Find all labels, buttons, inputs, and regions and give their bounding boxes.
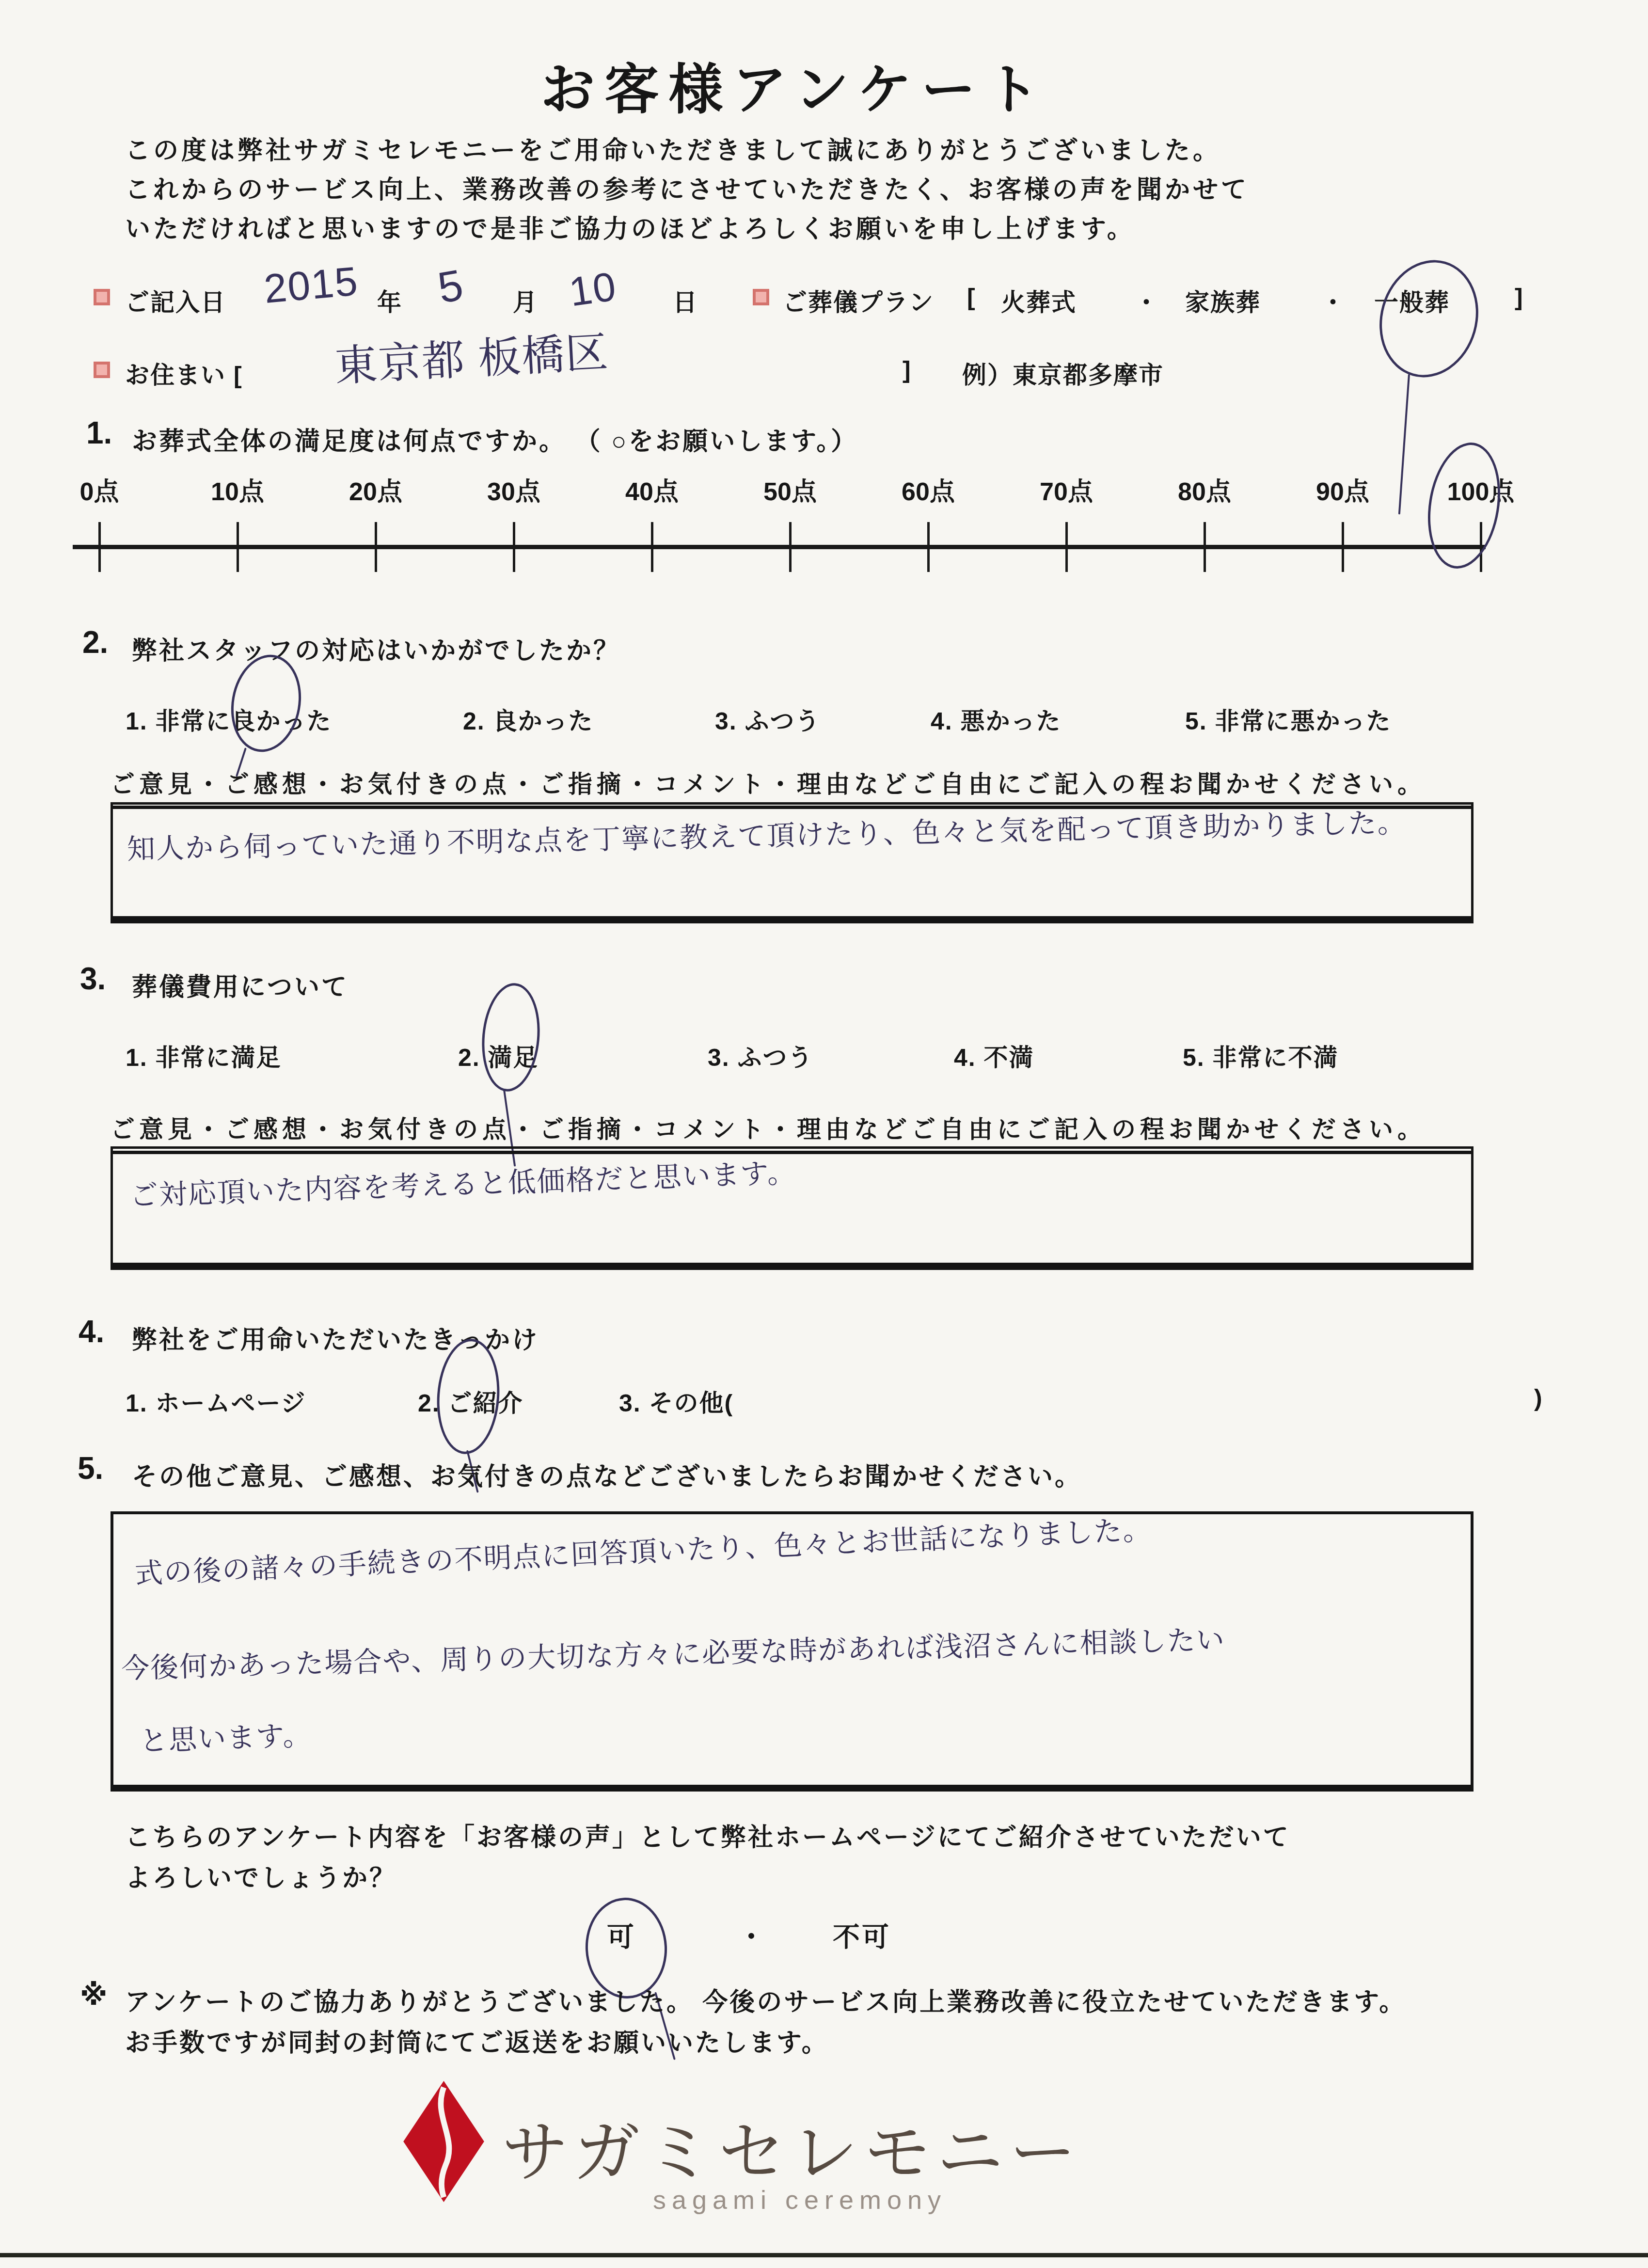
q3-option-1: 1. 非常に満足 [126, 1038, 282, 1073]
plan-option-kasoshiki: 火葬式 [1001, 283, 1077, 318]
scale-tick [1065, 522, 1068, 572]
plan-bracket-open: [ [967, 283, 976, 311]
q5-number: 5. [78, 1450, 103, 1486]
scan-edge-line [0, 2253, 1648, 2257]
q4-option-3: 3. その他( [619, 1384, 733, 1419]
scale-label-40: 40点 [589, 471, 715, 508]
q3-number: 3. [80, 961, 106, 997]
footer-reference-mark: ※ [80, 1979, 109, 2012]
q2-number: 2. [82, 624, 108, 660]
plan-field-label: ご葬儀プラン [783, 283, 934, 318]
handwritten-circle-plan-ippanso [1366, 248, 1492, 389]
logo-company-name: サガミセレモニー [502, 2099, 1082, 2195]
scale-label-70: 70点 [1003, 471, 1129, 508]
intro-line-3: いただければと思いますので是非ご協力のほどよろしくお願いを申し上げます。 [125, 208, 1135, 245]
q3-option-3: 3. ふつう [708, 1038, 813, 1073]
date-field-label: ご記入日 [125, 283, 226, 318]
satisfaction-scale-axis [73, 545, 1486, 549]
survey-scan-page: お客様アンケート この度は弊社サガミセレモニーをご用命いただきまして誠にありがと… [0, 0, 1648, 2268]
permission-separator-dot: ・ [738, 1916, 767, 1954]
q2-option-5: 5. 非常に悪かった [1185, 702, 1392, 737]
plan-option-kazokuso: 家族葬 [1185, 283, 1261, 318]
q4-close-paren: ) [1534, 1384, 1543, 1412]
scale-label-10: 10点 [174, 471, 301, 508]
month-unit-label: 月 [513, 283, 538, 318]
red-square-bullet-icon [753, 289, 769, 305]
address-bracket-close: ] [903, 356, 912, 384]
scale-label-90: 90点 [1280, 471, 1406, 508]
q2-option-4: 4. 悪かった [931, 702, 1062, 737]
q2-option-3: 3. ふつう [715, 702, 821, 737]
q3-question-text: 葬儀費用について [132, 967, 349, 1003]
footer-line-1: アンケートのご協力ありがとうございました。 今後のサービス向上業務改善に役立たせ… [125, 1982, 1406, 2018]
address-example-label: 例）東京都多摩市 [962, 356, 1164, 391]
scale-label-60: 60点 [865, 471, 991, 508]
handwritten-q5-comment-line3: と思います。 [139, 1713, 313, 1759]
red-square-bullet-icon [94, 289, 110, 305]
day-unit-label: 日 [673, 283, 698, 318]
intro-line-1: この度は弊社サガミセレモニーをご用命いただきまして誠にありがとうございました。 [125, 130, 1221, 166]
scale-label-80: 80点 [1141, 471, 1268, 508]
scale-tick [237, 522, 239, 572]
page-title: お客様アンケート [504, 47, 1086, 125]
scale-label-0: 0点 [36, 471, 162, 508]
handwritten-year-value: 2015 [262, 257, 361, 313]
scale-tick [513, 522, 515, 572]
q5-question-text: その他ご意見、ご感想、お気付きの点などございましたらお聞かせください。 [132, 1456, 1082, 1492]
footer-line-2: お手数ですが同封の封筒にてご返送をお願いいたします。 [125, 2022, 829, 2059]
plan-separator-dot: ・ [1321, 283, 1346, 318]
scale-tick [789, 522, 792, 572]
scale-label-20: 20点 [313, 471, 439, 508]
q1-number: 1. [86, 415, 112, 451]
scale-tick [375, 522, 377, 572]
red-square-bullet-icon [94, 362, 110, 378]
scale-tick [98, 522, 101, 572]
permission-line-1: こちらのアンケート内容を「お客様の声」として弊社ホームページにてご紹介させていた… [125, 1817, 1290, 1853]
address-field-label: お住まい [ [125, 356, 243, 391]
q2-question-text: 弊社スタッフの対応はいかがでしたか？ [132, 630, 620, 666]
handwritten-circle-100点 [1419, 437, 1508, 573]
plan-separator-dot: ・ [1134, 283, 1159, 318]
scale-label-50: 50点 [727, 471, 853, 508]
q3-option-4: 4. 不満 [954, 1038, 1034, 1073]
intro-line-2: これからのサービス向上、業務改善の参考にさせていただきたく、お客様の声を聞かせて [125, 169, 1249, 206]
scale-tick [1342, 522, 1344, 572]
handwritten-address-value: 東京都 板橋区 [333, 318, 610, 393]
logo-subtitle: sagami ceremony [502, 2185, 1098, 2215]
scale-tick [927, 522, 930, 572]
q3-option-5: 5. 非常に不満 [1183, 1038, 1339, 1073]
sagami-ceremony-diamond-logo-icon [401, 2081, 486, 2202]
permission-line-2: よろしいでしょうか？ [125, 1857, 396, 1894]
scale-tick [1204, 522, 1206, 572]
q4-number: 4. [79, 1314, 104, 1349]
scale-label-30: 30点 [451, 471, 577, 508]
scale-tick [651, 522, 653, 572]
q2-option-1: 1. 非常に良かった [126, 702, 332, 737]
q2-option-2: 2. 良かった [463, 702, 594, 737]
q4-option-1: 1. ホームページ [126, 1384, 306, 1419]
plan-bracket-close: ] [1515, 283, 1524, 311]
year-unit-label: 年 [377, 283, 402, 318]
handwritten-circle-q3-option2 [477, 981, 544, 1094]
handwritten-month-value: 5 [434, 260, 468, 314]
handwritten-day-value: 10 [566, 263, 619, 316]
permission-deny-label: 不可 [833, 1916, 891, 1954]
q1-question-text: お葬式全体の満足度は何点ですか。 （ ○をお願いします。） [132, 421, 858, 457]
